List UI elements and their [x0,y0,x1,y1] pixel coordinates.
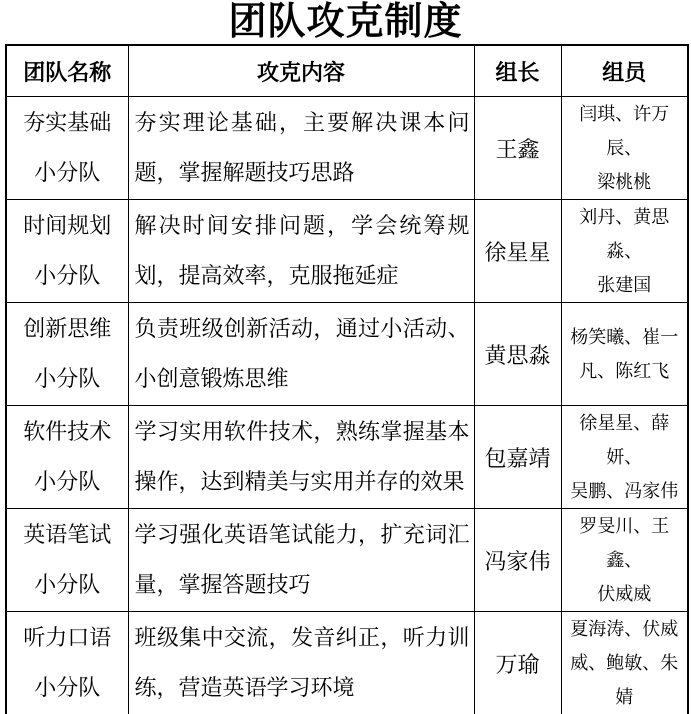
header-row: 团队名称 攻克内容 组长 组员 [6,45,688,97]
header-leader: 组长 [474,45,561,97]
members-cell: 夏海涛、伏威 威、鲍敏、朱 婧 [561,612,688,714]
leader-cell: 黄思淼 [474,303,561,406]
team-cell: 英语笔试 小分队 [6,509,128,612]
team-table: 团队名称 攻克内容 组长 组员 夯实基础 小分队 夯实理论基础，主要解决课本问题… [5,44,689,714]
leader-cell: 王鑫 [474,97,561,200]
table-row: 英语笔试 小分队 学习强化英语笔试能力，扩充词汇量，掌握答题技巧 冯家伟 罗旻川… [6,509,688,612]
table-row: 夯实基础 小分队 夯实理论基础，主要解决课本问题，掌握解题技巧思路 王鑫 闫琪、… [6,97,688,200]
members-cell: 刘丹、黄思淼、 张建国 [561,200,688,303]
content-cell: 夯实理论基础，主要解决课本问题，掌握解题技巧思路 [128,97,474,200]
content-cell: 班级集中交流，发音纠正，听力训练，营造英语学习环境 [128,612,474,714]
content-cell: 学习实用软件技术，熟练掌握基本操作，达到精美与实用并存的效果 [128,406,474,509]
header-content: 攻克内容 [128,45,474,97]
header-team-name: 团队名称 [6,45,128,97]
team-cell: 夯实基础 小分队 [6,97,128,200]
team-cell: 创新思维 小分队 [6,303,128,406]
team-cell: 时间规划 小分队 [6,200,128,303]
content-cell: 负责班级创新活动，通过小活动、小创意锻炼思维 [128,303,474,406]
content-cell: 解决时间安排问题，学会统筹规划，提高效率，克服拖延症 [128,200,474,303]
members-cell: 徐星星、薛妍、 吴鹏、冯家伟 [561,406,688,509]
header-members: 组员 [561,45,688,97]
table-row: 时间规划 小分队 解决时间安排问题，学会统筹规划，提高效率，克服拖延症 徐星星 … [6,200,688,303]
table-row: 软件技术 小分队 学习实用软件技术，熟练掌握基本操作，达到精美与实用并存的效果 … [6,406,688,509]
leader-cell: 包嘉靖 [474,406,561,509]
content-cell: 学习强化英语笔试能力，扩充词汇量，掌握答题技巧 [128,509,474,612]
team-cell: 听力口语 小分队 [6,612,128,714]
table-row: 创新思维 小分队 负责班级创新活动，通过小活动、小创意锻炼思维 黄思淼 杨笑曦、… [6,303,688,406]
members-cell: 罗旻川、王鑫、 伏威威 [561,509,688,612]
team-cell: 软件技术 小分队 [6,406,128,509]
leader-cell: 徐星星 [474,200,561,303]
table-row: 听力口语 小分队 班级集中交流，发音纠正，听力训练，营造英语学习环境 万瑜 夏海… [6,612,688,714]
page-title: 团队攻克制度 [0,0,691,44]
members-cell: 闫琪、许万辰、 梁桃桃 [561,97,688,200]
members-cell: 杨笑曦、崔一 凡、陈红飞 [561,303,688,406]
leader-cell: 冯家伟 [474,509,561,612]
document-page: 团队攻克制度 团队名称 攻克内容 组长 组员 夯实基础 小分队 夯实理论基础，主… [0,0,691,714]
leader-cell: 万瑜 [474,612,561,714]
